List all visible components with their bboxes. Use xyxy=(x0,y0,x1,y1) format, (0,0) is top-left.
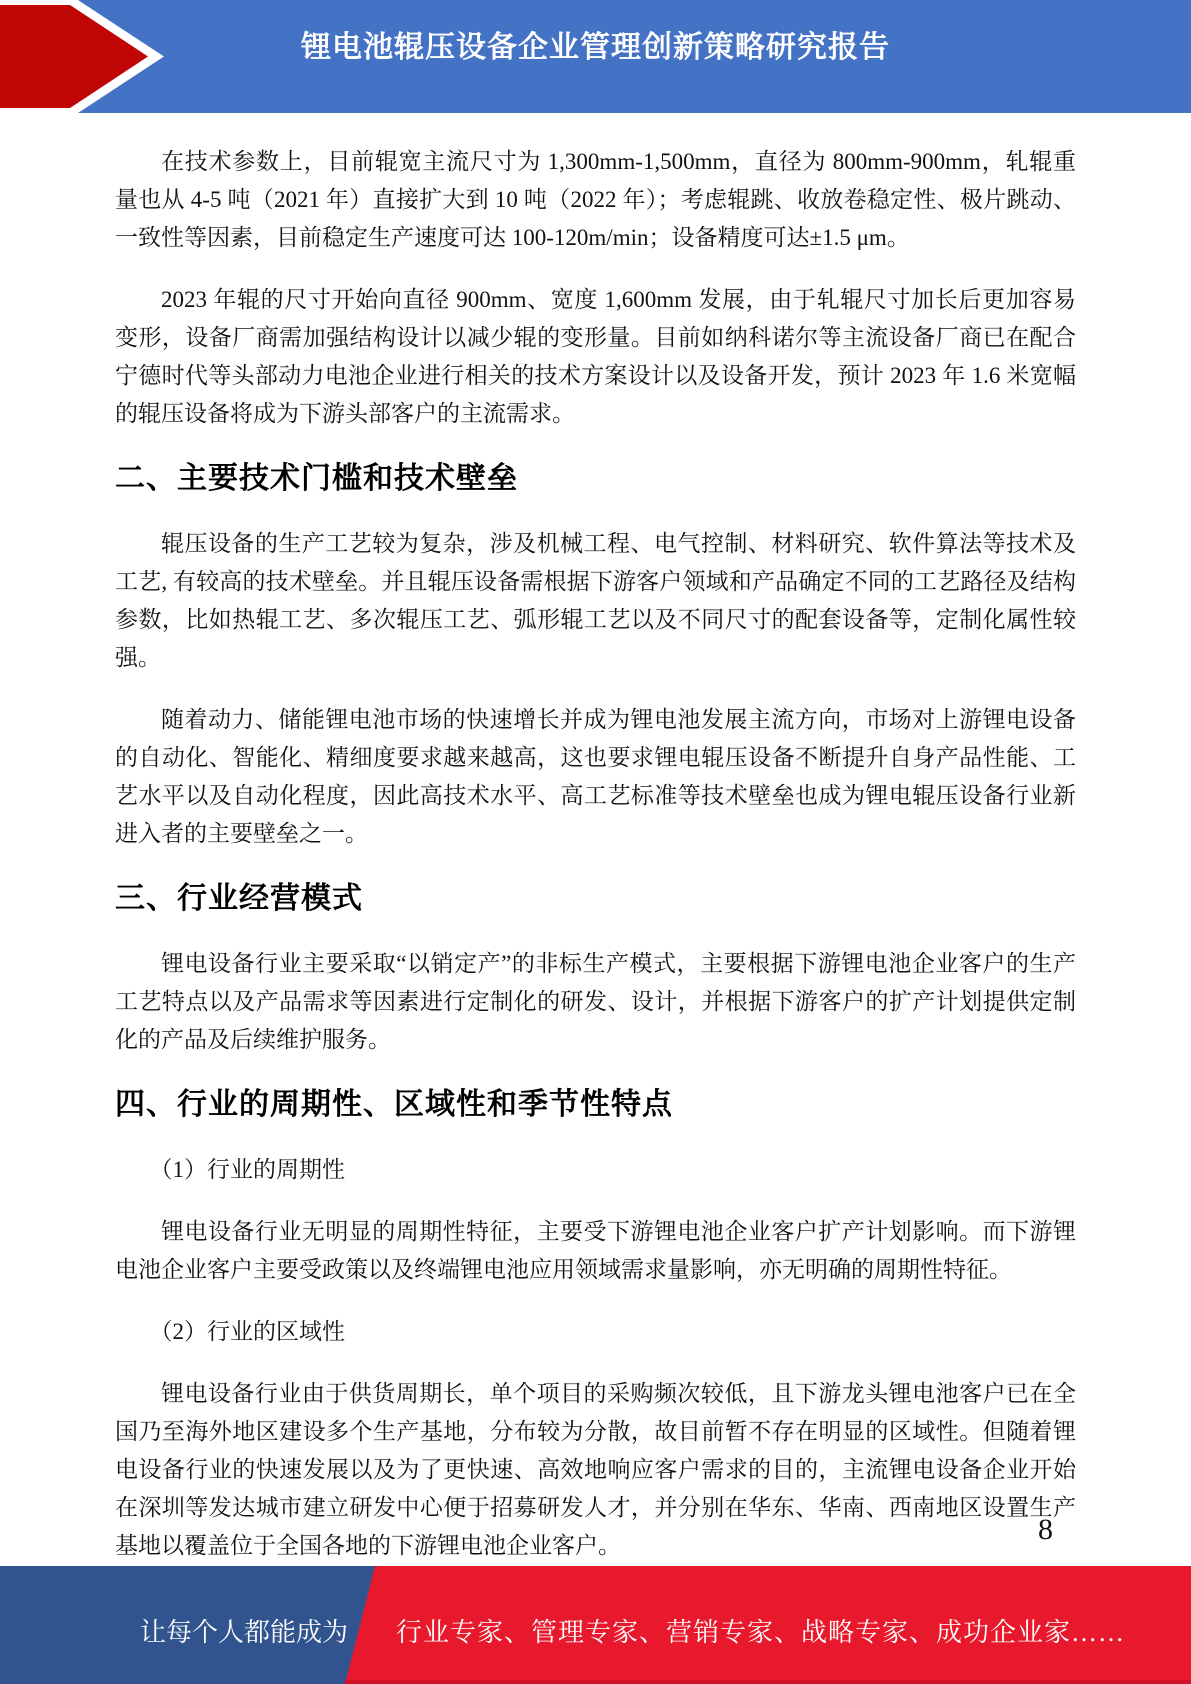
paragraph-cyclicality: 锂电设备行业无明显的周期性特征，主要受下游锂电池企业客户扩产计划影响。而下游锂电… xyxy=(115,1213,1076,1289)
subitem-regionality: （2）行业的区域性 xyxy=(115,1313,1076,1351)
paragraph-build-to-order: 锂电设备行业主要采取“以销定产”的非标生产模式，主要根据下游锂电池企业客户的生产… xyxy=(115,945,1076,1059)
paragraph-regionality: 锂电设备行业由于供货周期长，单个项目的采购频次较低，且下游龙头锂电池客户已在全国… xyxy=(115,1375,1076,1565)
subitem-cyclicality: （1）行业的周期性 xyxy=(115,1151,1076,1189)
page-title: 锂电池辊压设备企业管理创新策略研究报告 xyxy=(0,0,1191,100)
page-footer: 让每个人都能成为 行业专家、管理专家、营销专家、战略专家、成功企业家…… xyxy=(0,1566,1191,1684)
section-heading-business-model: 三、行业经营模式 xyxy=(115,877,1076,921)
document-body: 在技术参数上，目前辊宽主流尺寸为 1,300mm-1,500mm，直径为 800… xyxy=(115,113,1076,1589)
paragraph-process-complexity: 辊压设备的生产工艺较为复杂，涉及机械工程、电气控制、材料研究、软件算法等技术及工… xyxy=(115,525,1076,677)
section-heading-tech-barriers: 二、主要技术门槛和技术壁垒 xyxy=(115,457,1076,501)
paragraph-2023-roller-size: 2023 年辊的尺寸开始向直径 900mm、宽度 1,600mm 发展，由于轧辊… xyxy=(115,281,1076,433)
report-page: 锂电池辊压设备企业管理创新策略研究报告 在技术参数上，目前辊宽主流尺寸为 1,3… xyxy=(0,0,1191,1684)
page-header: 锂电池辊压设备企业管理创新策略研究报告 xyxy=(0,0,1191,113)
footer-slogan-left: 让每个人都能成为 xyxy=(140,1612,348,1649)
paragraph-tech-params: 在技术参数上，目前辊宽主流尺寸为 1,300mm-1,500mm，直径为 800… xyxy=(115,143,1076,257)
footer-slogan-right: 行业专家、管理专家、营销专家、战略专家、成功企业家…… xyxy=(396,1612,1125,1649)
paragraph-market-requirements: 随着动力、储能锂电池市场的快速增长并成为锂电池发展主流方向，市场对上游锂电设备的… xyxy=(115,701,1076,853)
page-number: 8 xyxy=(1038,1512,1053,1548)
section-heading-cyclicality: 四、行业的周期性、区域性和季节性特点 xyxy=(115,1083,1076,1127)
footer-bottom-strip xyxy=(345,1680,1191,1684)
